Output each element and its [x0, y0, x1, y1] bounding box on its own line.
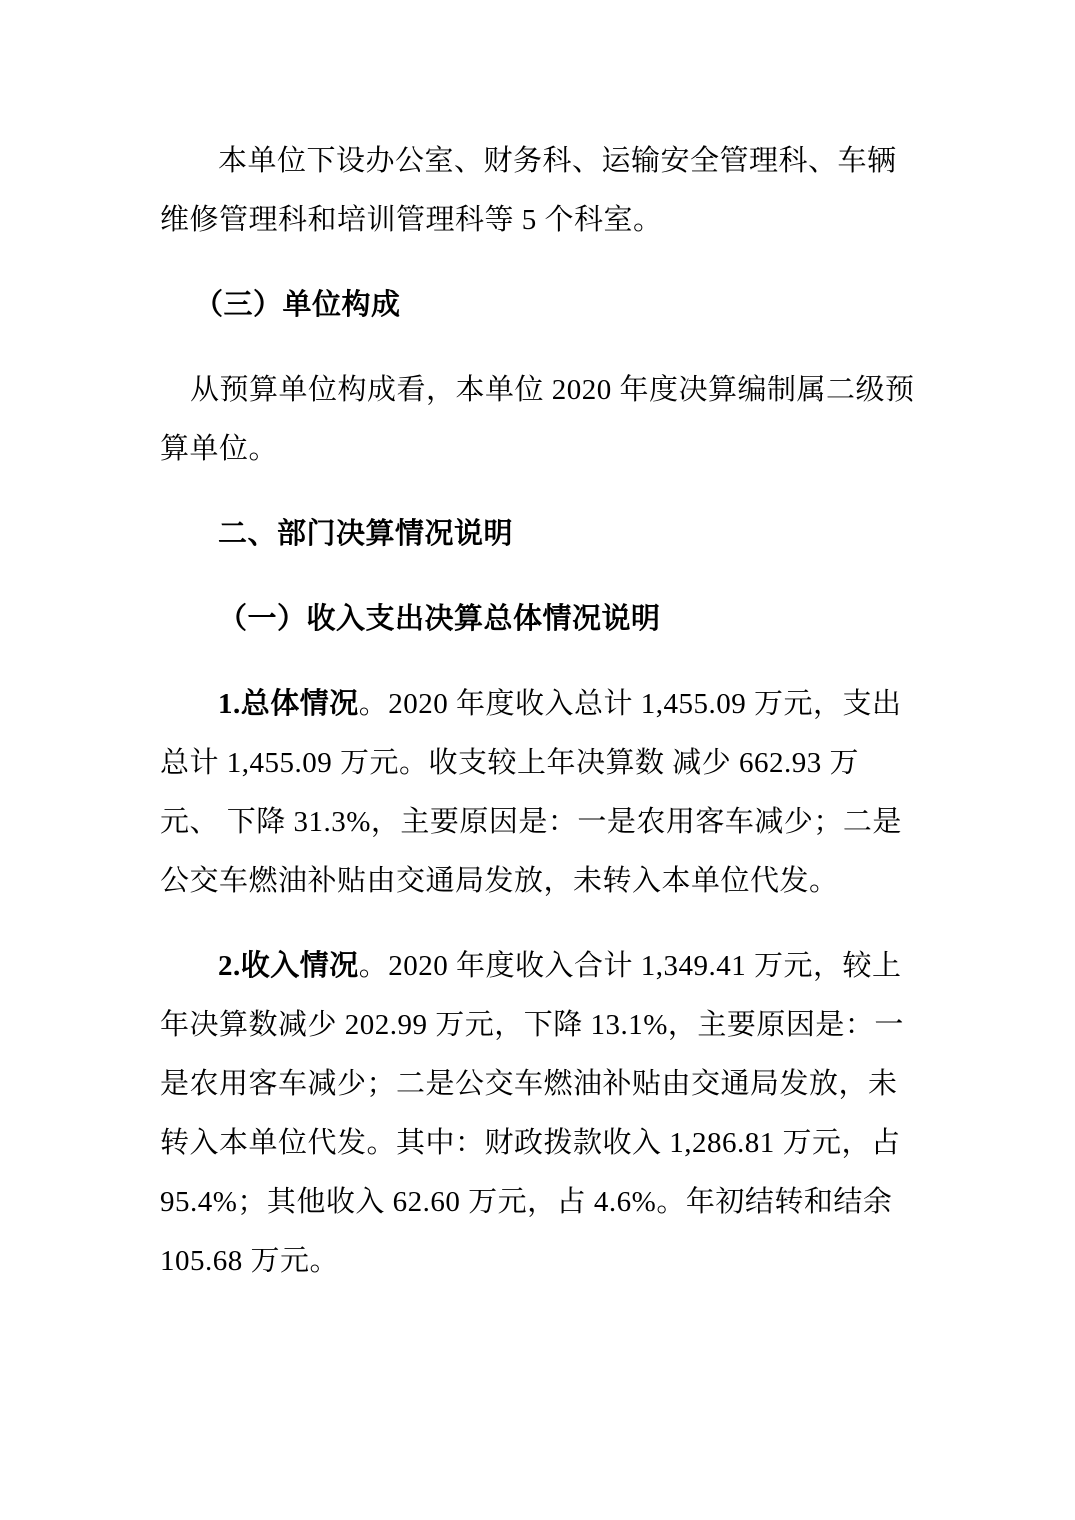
paragraph-budget-unit: 从预算单位构成看，本单位 2020 年度决算编制属二级预 算单位。	[160, 361, 915, 479]
text-line: 算单位。	[160, 420, 915, 479]
text-line: 从预算单位构成看，本单位 2020 年度决算编制属二级预	[160, 361, 915, 420]
heading-text: 二、部门决算情况说明	[160, 505, 915, 564]
run-text: 。2020 年度收入合计 1,349.41 万元，较上	[359, 950, 902, 982]
text-line: 维修管理科和培训管理科等 5 个科室。	[160, 191, 915, 250]
text-line: 2.收入情况。2020 年度收入合计 1,349.41 万元，较上	[160, 937, 915, 996]
heading-unit-composition: （三）单位构成	[160, 276, 915, 335]
heading-final-accounts-explanation: 二、部门决算情况说明	[160, 505, 915, 564]
document-page: 本单位下设办公室、财务科、运输安全管理科、车辆 维修管理科和培训管理科等 5 个…	[0, 0, 1075, 1520]
heading-text: （三）单位构成	[160, 276, 915, 335]
text-line: 105.68 万元。	[160, 1232, 915, 1291]
run-bold-income-label: 2.收入情况	[218, 950, 359, 982]
text-line: 总计 1,455.09 万元。收支较上年决算数 减少 662.93 万	[160, 734, 915, 793]
text-line: 公交车燃油补贴由交通局发放，未转入本单位代发。	[160, 852, 915, 911]
text-line: 元、 下降 31.3%，主要原因是：一是农用客车减少；二是	[160, 793, 915, 852]
text-line: 1.总体情况。2020 年度收入总计 1,455.09 万元，支出	[160, 675, 915, 734]
text-line: 本单位下设办公室、财务科、运输安全管理科、车辆	[160, 132, 915, 191]
text-line: 是农用客车减少；二是公交车燃油补贴由交通局发放，未	[160, 1055, 915, 1114]
paragraph-overall-situation: 1.总体情况。2020 年度收入总计 1,455.09 万元，支出 总计 1,4…	[160, 675, 915, 911]
paragraph-departments: 本单位下设办公室、财务科、运输安全管理科、车辆 维修管理科和培训管理科等 5 个…	[160, 132, 915, 250]
run-text: 。2020 年度收入总计 1,455.09 万元，支出	[359, 688, 902, 720]
document-content: 本单位下设办公室、财务科、运输安全管理科、车辆 维修管理科和培训管理科等 5 个…	[0, 0, 1075, 1291]
heading-text: （一）收入支出决算总体情况说明	[160, 590, 915, 649]
heading-income-expenditure-overview: （一）收入支出决算总体情况说明	[160, 590, 915, 649]
run-bold-overall-label: 1.总体情况	[218, 688, 359, 720]
text-line: 95.4%；其他收入 62.60 万元，占 4.6%。年初结转和结余	[160, 1173, 915, 1232]
text-line: 年决算数减少 202.99 万元，下降 13.1%，主要原因是：一	[160, 996, 915, 1055]
paragraph-income-situation: 2.收入情况。2020 年度收入合计 1,349.41 万元，较上 年决算数减少…	[160, 937, 915, 1291]
text-line: 转入本单位代发。其中：财政拨款收入 1,286.81 万元，占	[160, 1114, 915, 1173]
